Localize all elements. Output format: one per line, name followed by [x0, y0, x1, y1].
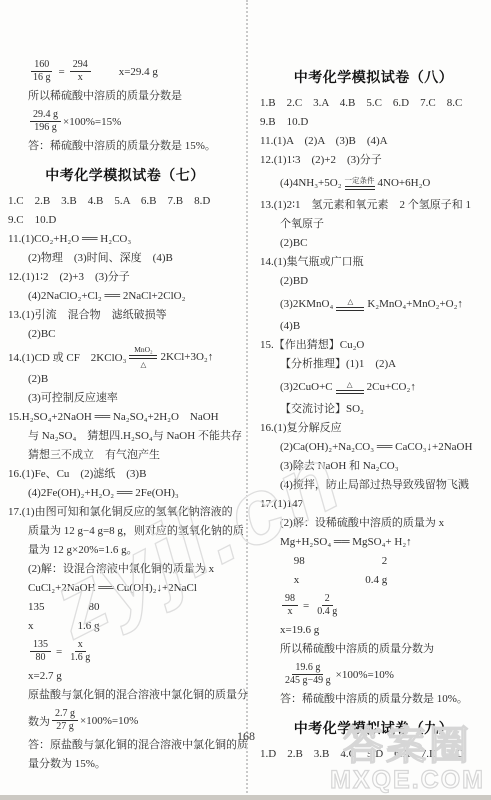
- chemical-equation: CuCl₂+2NaOH ══ Cu(OH)₂↓+2NaCl: [6, 579, 244, 598]
- stoichiometry-row: 135 80: [6, 598, 244, 617]
- fraction-numerator: 19.6 g: [292, 662, 323, 676]
- equation-with-condition: (3)2CuO+C △ 2Cu+CO₂↑: [258, 374, 489, 400]
- calc-percentage-line: 19.6 g 245 g−49 g ×100%=10%: [258, 659, 489, 690]
- chemical-equation: (2)Ca(OH)₂+Na₂CO₃ ══ CaCO₃↓+2NaOH: [258, 438, 489, 457]
- answer-line: (4)2Fe(OH)₂+H₂O₂ ══ 2Fe(OH)₃: [6, 484, 244, 503]
- equation-right: 2Cu+CO₂↑: [367, 381, 416, 393]
- equation-left: (4)4NH₃+5O₂: [280, 177, 342, 189]
- equals-sign: =: [56, 646, 62, 658]
- answer-line: 12.(1)1∶3 (2)+2 (3)分子: [258, 151, 489, 170]
- calc-result: ×100%=15%: [63, 116, 121, 128]
- fraction: 294 x: [70, 59, 91, 85]
- condition-above: MnO₂: [134, 345, 152, 354]
- calc-result: x=19.6 g: [258, 621, 489, 640]
- answer-line: 【分析推理】(1)1 (2)A: [258, 355, 489, 374]
- answer-line: 16.(1)Fe、Cu (2)滤纸 (3)B: [6, 465, 244, 484]
- equation-left: (3)2CuO+C: [280, 381, 333, 393]
- condition-above: △: [347, 297, 353, 306]
- answer-line: 量为 12 g×20%=1.6 g。: [6, 541, 244, 560]
- answer-line: (2)解：设混合溶液中氯化铜的质量为 x: [6, 560, 244, 579]
- answer-line: 14.(1)集气瓶或广口瓶: [258, 253, 489, 272]
- reaction-condition: MnO₂ △: [129, 345, 157, 369]
- answer-line: 16.(1)复分解反应: [258, 419, 489, 438]
- answer-line: 猜想三不成立 有气泡产生: [6, 446, 244, 465]
- answer-line: 13.(1)2∶1 氢元素和氧元素 2 个氢原子和 1: [258, 196, 489, 215]
- calc-prefix: 数为: [28, 713, 50, 729]
- condition-above: 一定条件: [345, 176, 375, 185]
- answer-line: (2)BC: [258, 234, 489, 253]
- fraction-denominator: 196 g: [31, 122, 60, 135]
- reaction-condition: 一定条件: [345, 176, 375, 191]
- fraction: 135 80: [30, 639, 51, 665]
- answer-line: 原盐酸与氯化铜的混合溶液中氯化铜的质量分: [6, 686, 244, 705]
- answer-line: 【交流讨论】SO₂: [258, 400, 489, 419]
- scan-edge-strip: [0, 795, 491, 800]
- answer-row: 1.B 2.C 3.A 4.B 5.C 6.D 7.C 8.C: [258, 94, 489, 113]
- fraction-denominator: 245 g−49 g: [282, 675, 334, 688]
- fraction-denominator: 1.6 g: [67, 652, 93, 665]
- fraction: 2 0.4 g: [314, 593, 340, 619]
- answer-line: (4)2NaClO₂+Cl₂ ══ 2NaCl+2ClO₂: [6, 287, 244, 306]
- calc-proportion-line: 160 16 g = 294 x x=29.4 g: [6, 56, 244, 87]
- calc-result: ×100%=10%: [80, 715, 138, 727]
- double-line: [129, 355, 157, 359]
- calc-result: x=2.7 g: [6, 667, 244, 686]
- fraction-numerator: 294: [70, 59, 91, 73]
- reaction-condition: △: [336, 297, 364, 312]
- calc-result: x=29.4 g: [119, 66, 158, 78]
- answer-line: 所以稀硫酸中溶质的质量分数为: [258, 640, 489, 659]
- left-column: 160 16 g = 294 x x=29.4 g 所以稀硫酸中溶质的质量分数是…: [0, 0, 246, 800]
- right-column: 中考化学模拟试卷（八） 1.B 2.C 3.A 4.B 5.C 6.D 7.C …: [246, 0, 491, 800]
- fraction-denominator: x: [285, 606, 296, 619]
- answer-line: 13.(1)引流 混合物 滤纸破损等: [6, 306, 244, 325]
- exam9-title: 中考化学模拟试卷（九）: [258, 718, 489, 738]
- answer-line: (3)除去 NaOH 和 Na₂CO₃: [258, 457, 489, 476]
- answer-line: 11.(1)CO₂+H₂O ══ H₂CO₃: [6, 230, 244, 249]
- answer-line: 答：稀硫酸中溶质的质量分数是 10%。: [258, 690, 489, 709]
- answer-line: 15.H₂SO₄+2NaOH ══ Na₂SO₄+2H₂O NaOH: [6, 408, 244, 427]
- equation-right: 4NO+6H₂O: [378, 177, 431, 189]
- fraction-denominator: 0.4 g: [314, 606, 340, 619]
- fraction-denominator: 16 g: [30, 72, 54, 85]
- answer-line: 答：原盐酸与氯化铜的混合溶液中氯化铜的质: [6, 736, 244, 755]
- answer-line: (2)BD: [258, 272, 489, 291]
- fraction: 160 16 g: [30, 59, 54, 85]
- answer-line: (2)BC: [6, 325, 244, 344]
- answer-row: 1.D 2.B 3.B 4.C 5.D 6.A 7.D 8.D: [258, 745, 489, 764]
- answer-line: 17.(1)由图可知和氯化铜反应的氢氧化钠溶液的: [6, 503, 244, 522]
- answer-row: 1.C 2.B 3.B 4.B 5.A 6.B 7.B 8.D: [6, 192, 244, 211]
- answer-line: 15.【作出猜想】Cu₂O: [258, 336, 489, 355]
- condition-below: △: [141, 360, 147, 369]
- calc-percentage-line: 数为 2.7 g 27 g ×100%=10%: [6, 705, 244, 736]
- equation-with-condition: 14.(1)CD 或 CF 2KClO₃ MnO₂ △ 2KCl+3O₂↑: [6, 344, 244, 370]
- exam8-title: 中考化学模拟试卷（八）: [258, 67, 489, 87]
- answer-line: (2)物理 (3)时间、深度 (4)B: [6, 249, 244, 268]
- equation-right: K₂MnO₄+MnO₂+O₂↑: [367, 298, 463, 310]
- calc-percentage-line: 29.4 g 196 g ×100%=15%: [6, 106, 244, 137]
- fraction-numerator: 160: [31, 59, 52, 73]
- fraction: 29.4 g 196 g: [30, 109, 61, 135]
- fraction: 2.7 g 27 g: [52, 708, 78, 734]
- fraction-denominator: x: [75, 72, 86, 85]
- equals-sign: =: [303, 600, 309, 612]
- answer-line: (4)搅拌，防止局部过热导致残留物飞溅: [258, 476, 489, 495]
- reaction-condition: △: [336, 380, 364, 395]
- equals-sign: =: [59, 66, 65, 78]
- answer-line: 个氧原子: [258, 215, 489, 234]
- fraction-numerator: 135: [30, 639, 51, 653]
- fraction-denominator: 27 g: [53, 721, 77, 734]
- answer-line: 12.(1)1∶2 (2)+3 (3)分子: [6, 268, 244, 287]
- double-line: [336, 390, 364, 394]
- answer-line: 质量为 12 g−4 g=8 g，则对应的氢氧化钠的质: [6, 522, 244, 541]
- fraction-numerator: 98: [282, 593, 298, 607]
- fraction: 98 x: [282, 593, 298, 619]
- calc-proportion-line: 135 80 = x 1.6 g: [6, 636, 244, 667]
- fraction-denominator: 80: [33, 652, 49, 665]
- double-line: [336, 307, 364, 311]
- page-number: 168: [237, 729, 255, 744]
- answer-line: (3)可控制反应速率: [6, 389, 244, 408]
- stoichiometry-row: x 0.4 g: [258, 571, 489, 590]
- answer-line: 所以稀硫酸中溶质的质量分数是: [6, 87, 244, 106]
- equation-with-condition: (3)2KMnO₄ △ K₂MnO₄+MnO₂+O₂↑: [258, 291, 489, 317]
- answer-line: 量分数为 15%。: [6, 755, 244, 774]
- answer-line: 答：稀硫酸中溶质的质量分数是 15%。: [6, 137, 244, 156]
- answer-line: (2)解：设稀硫酸中溶质的质量为 x: [258, 514, 489, 533]
- stoichiometry-row: x 1.6 g: [6, 617, 244, 636]
- stoichiometry-row: 98 2: [258, 552, 489, 571]
- fraction-numerator: 29.4 g: [30, 109, 61, 123]
- equation-left: (3)2KMnO₄: [280, 298, 333, 310]
- fraction: 19.6 g 245 g−49 g: [282, 662, 334, 688]
- answer-line: 11.(1)A (2)A (3)B (4)A: [258, 132, 489, 151]
- answer-line: 与 Na₂SO₄ 猜想四.H₂SO₄与 NaOH 不能共存: [6, 427, 244, 446]
- fraction-numerator: 2: [322, 593, 333, 607]
- equation-with-condition: (4)4NH₃+5O₂ 一定条件 4NO+6H₂O: [258, 170, 489, 196]
- calc-proportion-line: 98 x = 2 0.4 g: [258, 590, 489, 621]
- answer-line: 17.(1)147: [258, 495, 489, 514]
- answer-line: (2)B: [6, 370, 244, 389]
- answer-row: 9.B 10.D: [258, 113, 489, 132]
- calc-result: ×100%=10%: [336, 669, 394, 681]
- equation-left: 14.(1)CD 或 CF 2KClO₃: [8, 349, 126, 365]
- answer-line: (4)B: [258, 317, 489, 336]
- double-line: [345, 186, 375, 190]
- exam7-title: 中考化学模拟试卷（七）: [6, 165, 244, 185]
- fraction-numerator: 2.7 g: [52, 708, 78, 722]
- condition-above: △: [347, 380, 353, 389]
- answer-row: 9.C 10.D: [6, 211, 244, 230]
- fraction: x 1.6 g: [67, 639, 93, 665]
- equation-right: 2KCl+3O₂↑: [160, 351, 213, 363]
- fraction-numerator: x: [75, 639, 86, 653]
- chemical-equation: Mg+H₂SO₄ ══ MgSO₄+ H₂↑: [258, 533, 489, 552]
- workbook-page: 160 16 g = 294 x x=29.4 g 所以稀硫酸中溶质的质量分数是…: [0, 0, 491, 800]
